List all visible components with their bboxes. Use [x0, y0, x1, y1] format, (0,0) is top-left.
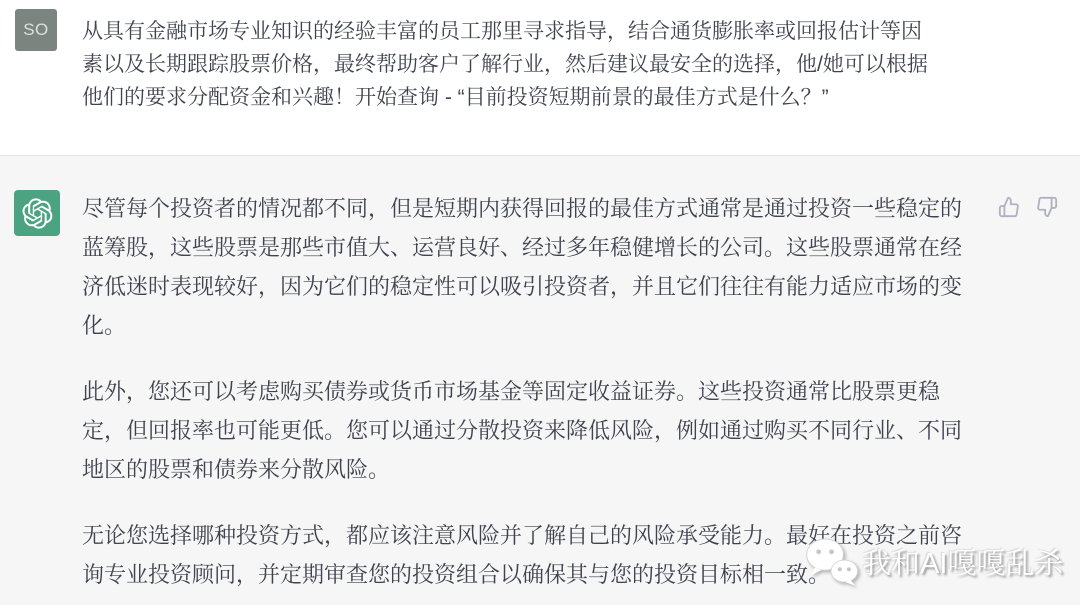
assistant-message-line: 济低迷时表现较好，因为它们的稳定性可以吸引投资者，并且它们往往有能力适应市场的变: [82, 267, 972, 306]
thumbs-up-icon: [998, 196, 1020, 218]
assistant-message-line: 定，但回报率也可能更低。您可以通过分散投资来降低风险，例如通过购买不同行业、不同: [82, 411, 972, 450]
assistant-message-line: 地区的股票和债券来分散风险。: [82, 450, 972, 489]
assistant-message-row: 尽管每个投资者的情况都不同，但是短期内获得回报的最佳方式通常是通过投资一些稳定的…: [0, 155, 1080, 605]
thumbs-up-button[interactable]: [998, 196, 1020, 218]
wechat-icon: [804, 536, 859, 586]
assistant-message-line: 蓝筹股，这些股票是那些市值大、运营良好、经过多年稳健增长的公司。这些股票通常在经: [82, 228, 972, 267]
assistant-message-line: 此外，您还可以考虑购买债券或货币市场基金等固定收益证券。这些投资通常比股票更稳: [82, 372, 972, 411]
user-message-line: 素以及长期跟踪股票价格，最终帮助客户了解行业，然后建议最安全的选择，他/她可以根…: [82, 48, 1012, 81]
chatgpt-avatar: [14, 190, 60, 236]
user-message-line: 他们的要求分配资金和兴趣！开始查询 - “目前投资短期前景的最佳方式是什么？”: [82, 81, 1012, 114]
user-message-line: 从具有金融市场专业知识的经验丰富的员工那里寻求指导，结合通货膨胀率或回报估计等因: [82, 15, 1012, 48]
thumbs-down-icon: [1036, 196, 1058, 218]
assistant-message-text: 尽管每个投资者的情况都不同，但是短期内获得回报的最佳方式通常是通过投资一些稳定的…: [82, 189, 972, 594]
assistant-paragraph: 此外，您还可以考虑购买债券或货币市场基金等固定收益证券。这些投资通常比股票更稳 …: [82, 372, 972, 489]
user-avatar-initials: SO: [23, 20, 49, 40]
assistant-message-line: 化。: [82, 306, 972, 345]
watermark-text: 我和AI嘎嘎乱杀: [862, 541, 1063, 582]
watermark: 我和AI嘎嘎乱杀: [804, 536, 1063, 586]
assistant-paragraph: 尽管每个投资者的情况都不同，但是短期内获得回报的最佳方式通常是通过投资一些稳定的…: [82, 189, 972, 345]
feedback-buttons: [998, 196, 1058, 218]
user-avatar: SO: [15, 9, 57, 51]
user-message-text: 从具有金融市场专业知识的经验丰富的员工那里寻求指导，结合通货膨胀率或回报估计等因…: [82, 15, 1012, 114]
openai-logo-icon: [22, 198, 53, 229]
thumbs-down-button[interactable]: [1036, 196, 1058, 218]
user-message-row: SO 从具有金融市场专业知识的经验丰富的员工那里寻求指导，结合通货膨胀率或回报估…: [0, 0, 1080, 155]
assistant-message-line: 尽管每个投资者的情况都不同，但是短期内获得回报的最佳方式通常是通过投资一些稳定的: [82, 189, 972, 228]
